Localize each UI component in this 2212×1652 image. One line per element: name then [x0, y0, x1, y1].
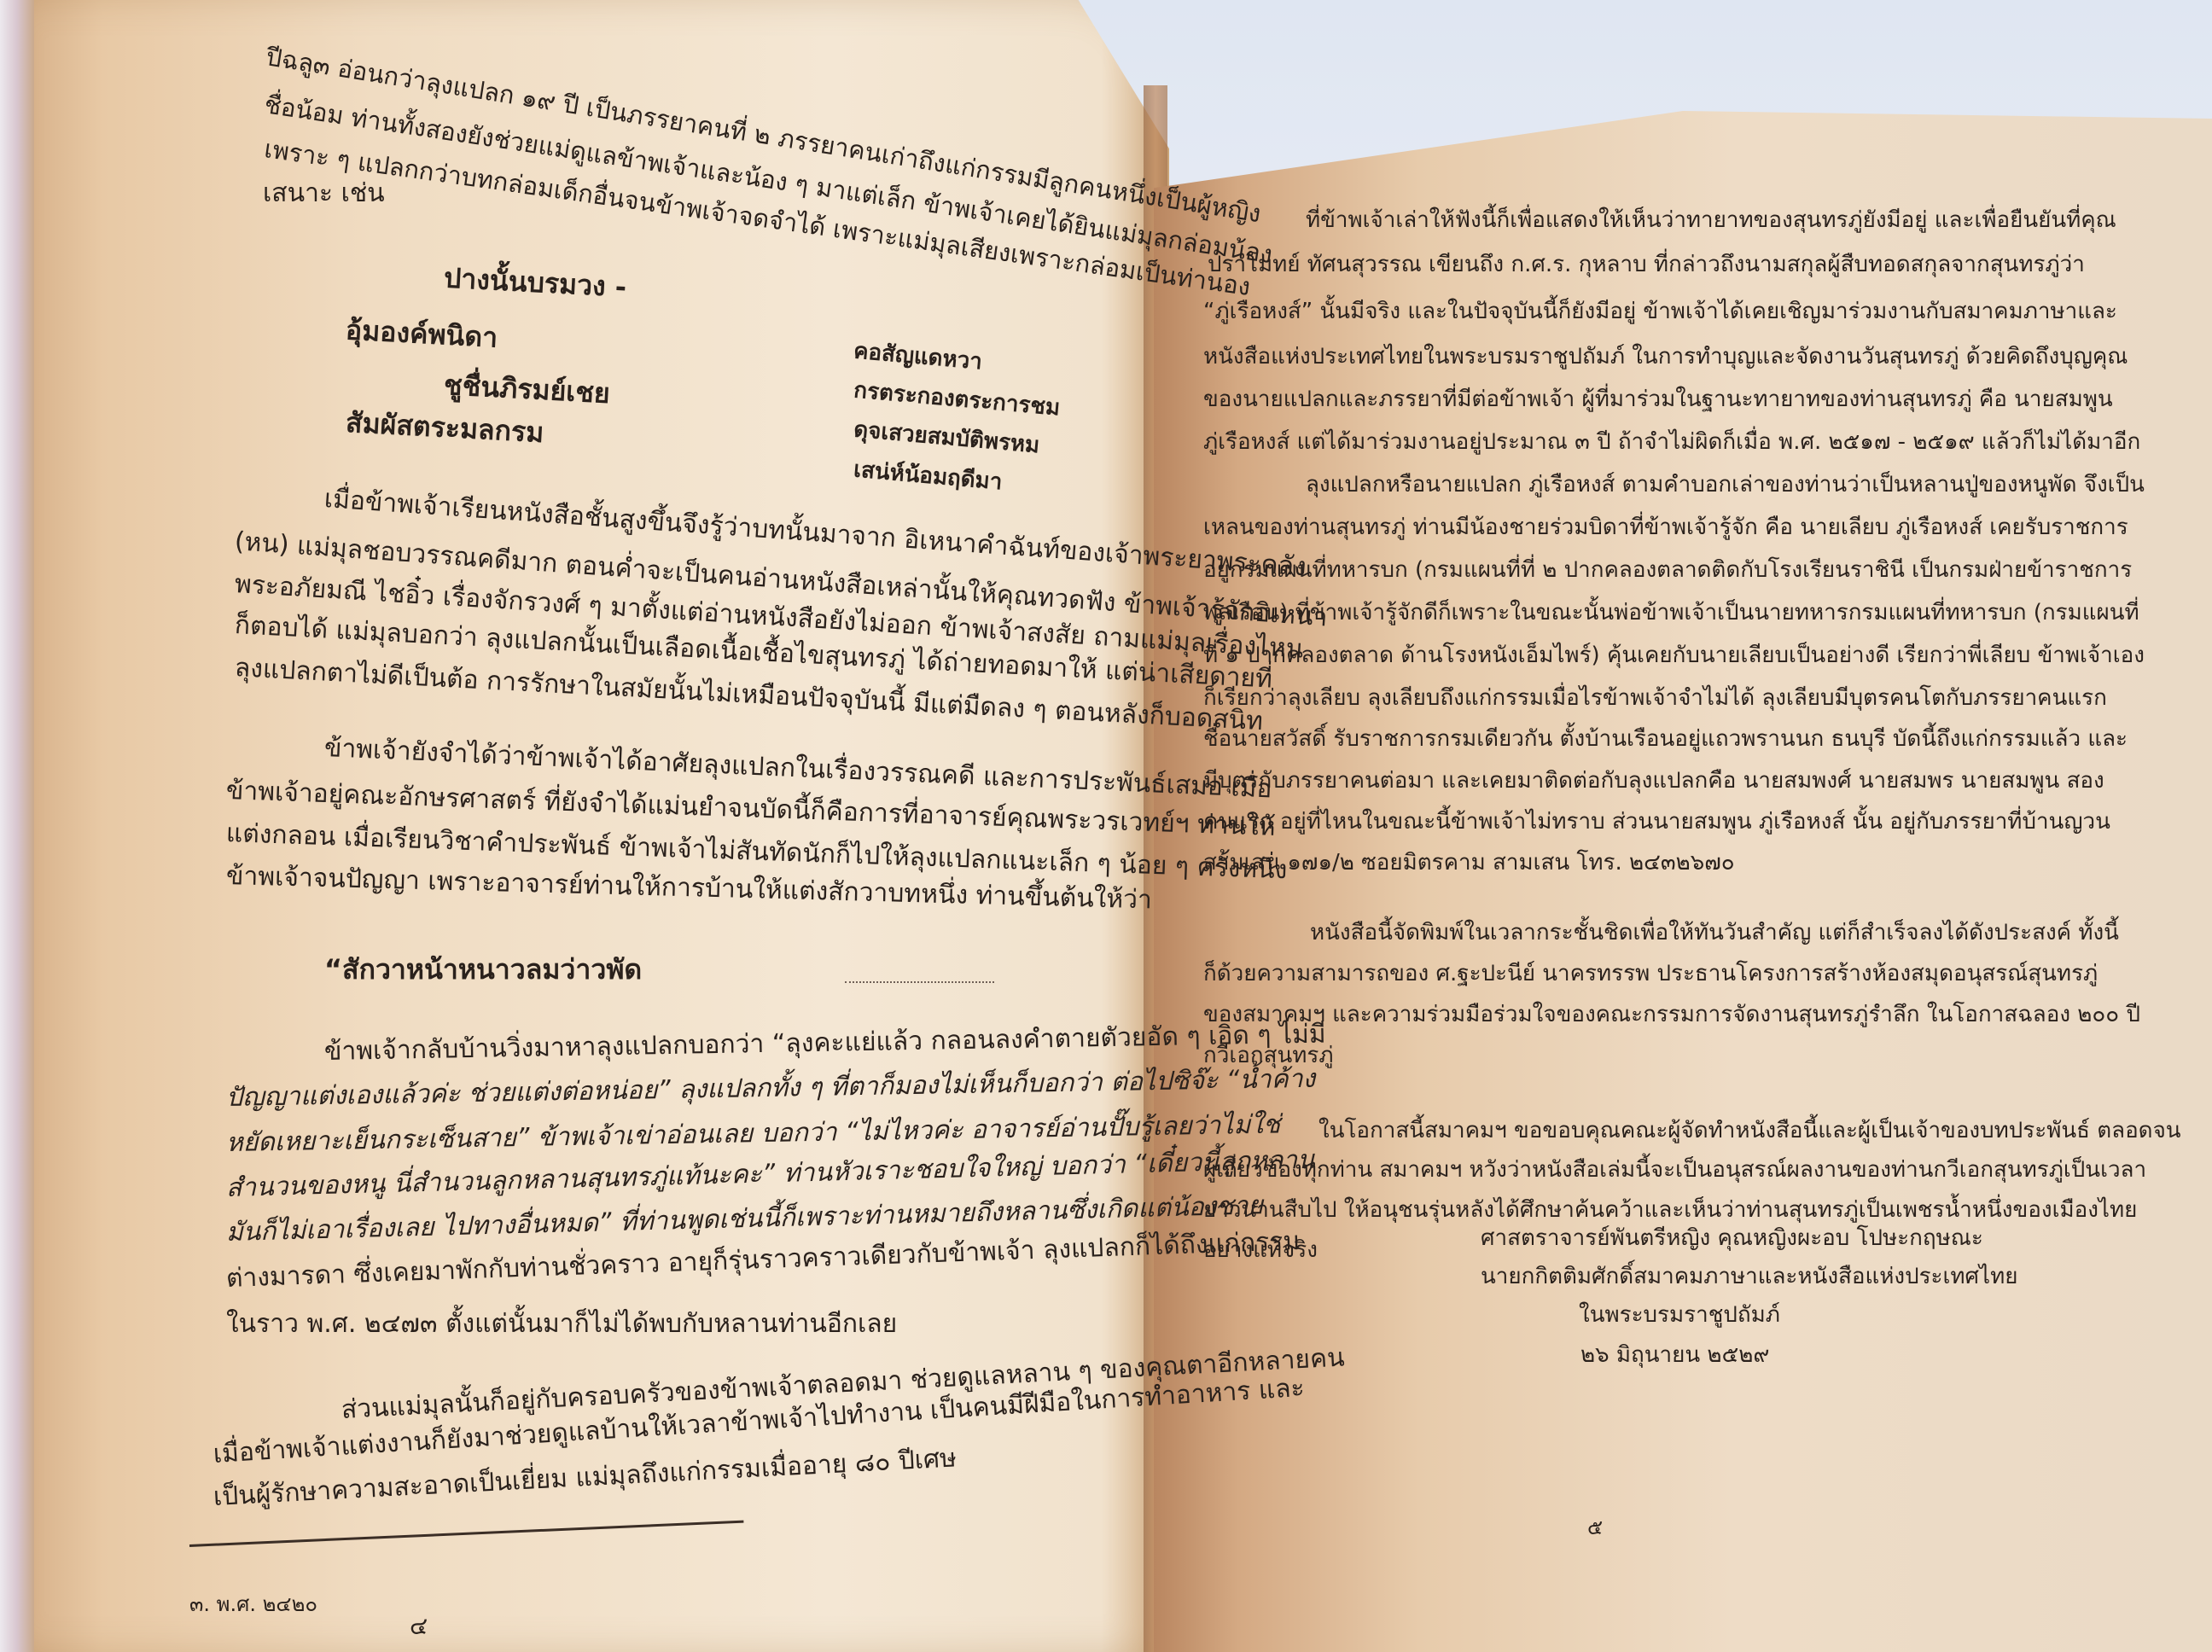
poem-line: อุ้มองค์พนิดา	[345, 316, 498, 351]
text-line: ผู้เกี่ยวข้องทุกท่าน สมาคมฯ หวังว่าหนังส…	[1203, 1159, 2146, 1181]
text-line: สามเสน ๑๗๑/๒ ซอยมิตรคาม สามเสน โทร. ๒๔๓๒…	[1203, 852, 1735, 874]
text-line: ที่ข้าพเจ้าเล่าให้ฟังนี้ก็เพื่อแสดงให้เห…	[1306, 209, 2116, 231]
poem-line: ชูชื่นภิรมย์เชย	[443, 371, 610, 407]
text-line: ในราว พ.ศ. ๒๔๗๓ ตั้งแต่นั้นมาก็ไม่ได้พบก…	[226, 1312, 897, 1337]
text-line: ที่ ๑ ปากคลองตลาด ด้านโรงหนังเอ็มไพร์) ค…	[1203, 644, 2145, 666]
footnote: ๓. พ.ศ. ๒๔๒๐	[189, 1594, 317, 1614]
text-line: เหลนของท่านสุนทรภู่ ท่านมีน้องชายร่วมบิด…	[1203, 516, 2128, 538]
signature-title: นายกกิตติมศักดิ์สมาคมภาษาและหนังสือแห่งป…	[1481, 1265, 2018, 1288]
text-line: ยาวนานสืบไป ให้อนุชนรุ่นหลังได้ศึกษาค้นค…	[1203, 1199, 2137, 1221]
text-line: ก็ด้วยความสามารถของ ศ.ฐะปะนีย์ นาครทรรพ …	[1203, 963, 2098, 985]
text-line: คนแรก อยู่ที่ไหนในขณะนี้ข้าพเจ้าไม่ทราบ …	[1203, 811, 2110, 833]
text-line: “ภู่เรือหงส์” นั้นมีจริง และในปัจจุบันนี…	[1203, 300, 2117, 323]
poem-line: ปางนั้นบรมวง -	[443, 264, 627, 300]
open-book: ปีฉลู๓ อ่อนกว่าลุงแปลก ๑๙ ปี เป็นภรรยาคน…	[0, 0, 2212, 1652]
signature-date: ๒๖ มิถุนายน ๒๕๒๙	[1580, 1344, 1769, 1366]
text-line: อยู่กรมแผนที่ทหารบก (กรมแผนที่ที่ ๒ ปากค…	[1203, 559, 2132, 581]
text-line: ชื่อนายสวัสดิ์ รับราชการกรมเดียวกัน ตั้ง…	[1203, 728, 2128, 750]
page-number-left: ๔	[410, 1614, 428, 1638]
text-line: ของนายแปลกและภรรยาที่มีต่อข้าพเจ้า ผู้ที…	[1203, 388, 2113, 410]
text-line: มีบุตรกับภรรยาคนต่อมา และเคยมาติดต่อกับล…	[1203, 770, 2104, 792]
text-line: ปราโมทย์ ทัศนสุวรรณ เขียนถึง ก.ศ.ร. กุหล…	[1208, 253, 2085, 276]
right-page	[1154, 111, 2212, 1652]
blank-fill-line	[845, 981, 994, 983]
text-line: ภู่เรือหงส์ แต่ได้มาร่วมงานอยู่ประมาณ ๓ …	[1203, 431, 2140, 453]
page-number-right: ๕	[1587, 1517, 1603, 1538]
text-line: ก็เรียกว่าลุงเลียบ ลุงเลียบถึงแก่กรรมเมื…	[1203, 687, 2107, 709]
text-line: อย่างแท้จริง	[1203, 1239, 1318, 1261]
text-line: กวีเอกสุนทรภู่	[1203, 1044, 1333, 1067]
text-line: ลุงแปลกหรือนายแปลก ภู่เรือหงส์ ตามคำบอกเ…	[1306, 474, 2145, 496]
text-line: เสนาะ เช่น	[263, 181, 385, 206]
text-line: หนังสือนี้จัดพิมพ์ในเวลากระชั้นชิดเพื่อใ…	[1310, 922, 2119, 944]
verse-quote: “สักวาหน้าหนาวลมว่าวพัด	[324, 956, 642, 983]
page-stack-edge	[0, 0, 34, 1652]
text-line: หนังสือแห่งประเทศไทยในพระบรมราชูปถัมภ์ ใ…	[1203, 346, 2128, 368]
signature-name: ศาสตราจารย์พันตรีหญิง คุณหญิงผะอบ โปษะกฤ…	[1481, 1227, 1983, 1249]
text-line: พลเรือน) ที่ข้าพเจ้ารู้จักดีก็เพราะในขณะ…	[1203, 602, 2139, 624]
signature-patronage: ในพระบรมราชูปถัมภ์	[1579, 1304, 1780, 1326]
text-line: ในโอกาสนี้สมาคมฯ ขอขอบคุณคณะผู้จัดทำหนัง…	[1318, 1120, 2181, 1142]
text-line: ของสมาคมฯ และความร่วมมือร่วมใจของคณะกรรม…	[1203, 1003, 2140, 1026]
